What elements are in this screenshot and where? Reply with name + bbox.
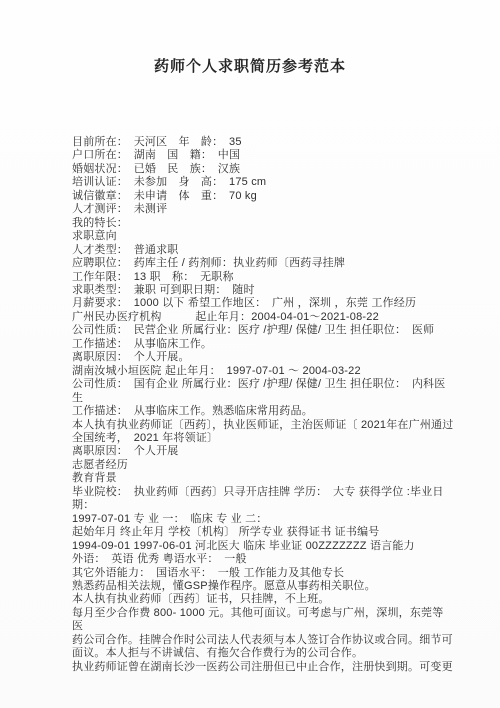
resume-line-company-type-1: 公司性质： 民营企业 所属行业：医疗 /护理/ 保健/ 卫生 担任职位： 医师 xyxy=(72,324,454,337)
resume-line-certificates-2: 全国统考， 2021 年将领证〕 xyxy=(72,432,454,445)
resume-line-education-table-row: 1994-09-01 1997-06-01 河北医大 临床 毕业证 00ZZZZ… xyxy=(72,540,454,553)
resume-line-current-location: 目前所在： 天河区 年 龄： 35 xyxy=(72,136,454,149)
resume-line-cooperation-fee-1: 每月至少合作费 800- 1000 元。其他可面议。可考虑与广州，深圳，东莞等医 xyxy=(72,607,454,634)
resume-line-salary-expectation: 月薪要求： 1000 以下 希望工作地区： 广州 ，深圳 ，东莞 工作经历 xyxy=(72,297,454,310)
resume-line-graduate-school: 毕业院校： 执业药师〔西药〕只寻开店挂牌 学历： 大专 获得学位 :毕业日期： xyxy=(72,486,454,513)
resume-body: 目前所在： 天河区 年 龄： 35 户口所在： 湖南 国 籍： 中国 婚姻状况：… xyxy=(72,136,454,674)
resume-line-cooperation-fee-3: 面议。本人拒与不讲诚信、有拖欠合作费行为的公司合作。 xyxy=(72,647,454,660)
resume-section-job-intention: 求职意向 xyxy=(72,230,454,243)
resume-line-education-table-header: 起始年月 终止年月 学校〔机构〕 所学专业 获得证书 证书编号 xyxy=(72,526,454,539)
resume-line-job-description-1: 工作描述： 从事临床工作。 xyxy=(72,338,454,351)
resume-line-household-registration: 户口所在： 湖南 国 籍： 中国 xyxy=(72,149,454,162)
resume-line-work-ability-1: 熟悉药品相关法规，懂GSP操作程序。愿意从事药相关职位。 xyxy=(72,580,454,593)
resume-section-education-background: 教育背景 xyxy=(72,472,454,485)
resume-line-job-type: 求职类型： 兼职 可到职日期： 随时 xyxy=(72,284,454,297)
resume-line-specialty: 我的特长： xyxy=(72,217,454,230)
resume-line-cooperation-fee-2: 药公司合作。挂牌合作时公司法人代表须与本人签订合作协议或合同。细节可 xyxy=(72,634,454,647)
document-title: 药师个人求职简历参考范本 xyxy=(0,0,500,76)
resume-line-training-certification: 培训认证： 未参加 身 高： 175 cm xyxy=(72,176,454,189)
resume-line-graduation-date-major: 1997-07-01 专 业 一： 临床 专 业 二： xyxy=(72,513,454,526)
resume-line-employer-1: 广州民办医疗机构 起止年月：2004-04-01～2021-08-22 xyxy=(72,311,454,324)
resume-line-marital-status: 婚姻状况： 已婚 民 族： 汉族 xyxy=(72,163,454,176)
resume-line-desired-position: 应聘职位： 药库主任 / 药剂师：执业药师〔西药寻挂牌 xyxy=(72,257,454,270)
resume-line-leave-reason-2: 离职原因： 个人开展 xyxy=(72,445,454,458)
resume-line-job-description-2: 工作描述： 从事临床工作。熟悉临床常用药品。 xyxy=(72,405,454,418)
resume-line-employer-2: 湖南汝城小垣医院 起止年月： 1997-07-01 ～ 2004-03-22 xyxy=(72,365,454,378)
resume-document-page: 药师个人求职简历参考范本 目前所在： 天河区 年 龄： 35 户口所在： 湖南 … xyxy=(0,0,500,708)
resume-line-company-type-2: 公司性质： 国有企业 所属行业：医疗 /护理/ 保健/ 卫生 担任职位： 内科医… xyxy=(72,378,454,405)
resume-line-integrity-badge: 诚信徽章： 未申请 体 重： 70 kg xyxy=(72,190,454,203)
resume-line-foreign-language: 外语： 英语 优秀 粤语水平： 一般 xyxy=(72,553,454,566)
resume-line-registration-status: 执业药师证曾在湖南长沙一医药公司注册但已中止合作，注册快到期。可变更 xyxy=(72,661,454,674)
resume-line-other-language: 其它外语能力： 国语水平： 一般 工作能力及其他专长 xyxy=(72,567,454,580)
resume-line-certificates-1: 本人执有执业药师证〔西药〕，执业医师证，主治医师证〔 2021年在广州通过 xyxy=(72,419,454,432)
resume-line-work-years: 工作年限： 13 职 称： 无职称 xyxy=(72,271,454,284)
resume-line-leave-reason-1: 离职原因： 个人开展。 xyxy=(72,351,454,364)
resume-section-volunteer-experience: 志愿者经历 xyxy=(72,459,454,472)
resume-line-talent-type: 人才类型： 普通求职 xyxy=(72,244,454,257)
resume-line-work-ability-2: 本人执有执业药师〔西药〕证书，只挂牌，不上班。 xyxy=(72,593,454,606)
resume-line-talent-assessment: 人才测评： 未测评 xyxy=(72,203,454,216)
